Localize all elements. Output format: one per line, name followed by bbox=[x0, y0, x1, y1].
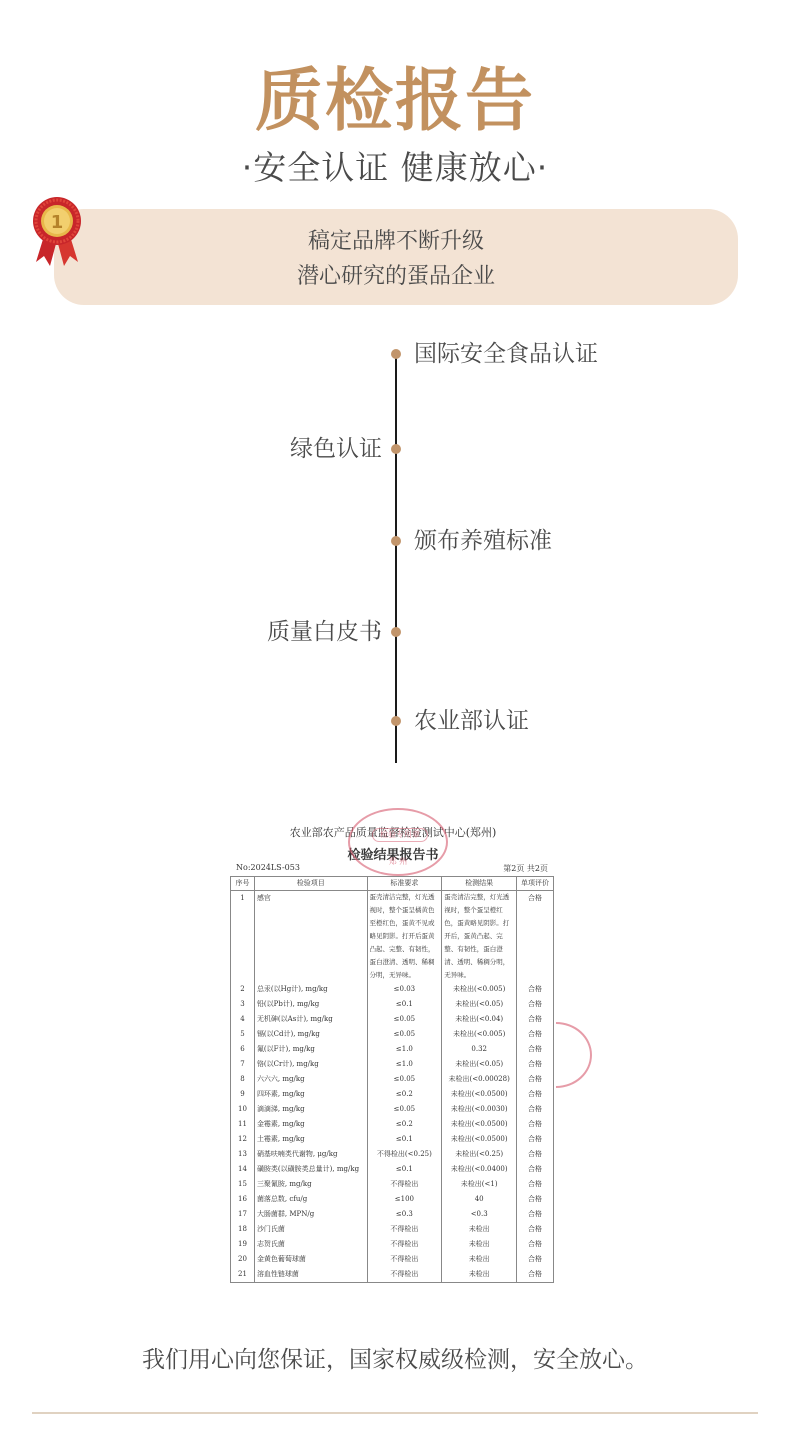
table-row: 16菌落总数, cfu/g≤10040合格 bbox=[231, 1192, 554, 1207]
col-header-eval: 单项评价 bbox=[517, 877, 554, 891]
official-stamp: 检验专用章 郑 州 bbox=[348, 808, 448, 876]
table-row: 12土霉素, mg/kg≤0.1未检出(<0.0500)合格 bbox=[231, 1132, 554, 1147]
cell-item: 金霉素, mg/kg bbox=[254, 1117, 367, 1132]
timeline-item-quality-whitepaper: 质量白皮书 bbox=[267, 617, 382, 647]
cell-item: 氟(以F计), mg/kg bbox=[254, 1042, 367, 1057]
cell-no: 11 bbox=[231, 1117, 255, 1132]
cell-eval: 合格 bbox=[517, 891, 554, 983]
cell-no: 20 bbox=[231, 1252, 255, 1267]
report-table: 序号 检验项目 标准要求 检测结果 单项评价 1感官蛋壳清洁完整，灯光透视时，整… bbox=[230, 876, 554, 1283]
table-row: 17大肠菌群, MPN/g≤0.3<0.3合格 bbox=[231, 1207, 554, 1222]
stamp-text: 检验专用章 bbox=[372, 828, 428, 842]
cell-no: 1 bbox=[231, 891, 255, 983]
cell-result: <0.3 bbox=[442, 1207, 517, 1222]
cell-no: 9 bbox=[231, 1087, 255, 1102]
cell-result: 未检出(<0.0500) bbox=[442, 1117, 517, 1132]
cell-standard: 不得检出 bbox=[367, 1252, 442, 1267]
cell-standard: ≤1.0 bbox=[367, 1042, 442, 1057]
cell-eval: 合格 bbox=[517, 997, 554, 1012]
cell-result: 未检出(<0.0030) bbox=[442, 1102, 517, 1117]
cell-result: 未检出(<0.0500) bbox=[442, 1087, 517, 1102]
cell-item: 滴滴涕, mg/kg bbox=[254, 1102, 367, 1117]
cell-no: 7 bbox=[231, 1057, 255, 1072]
table-row: 5镉(以Cd计), mg/kg≤0.05未检出(<0.005)合格 bbox=[231, 1027, 554, 1042]
cell-item: 金黄色葡萄球菌 bbox=[254, 1252, 367, 1267]
timeline-item-international-food-safety: 国际安全食品认证 bbox=[414, 339, 598, 369]
medal-icon: 1 bbox=[30, 196, 84, 270]
table-header-row: 序号 检验项目 标准要求 检测结果 单项评价 bbox=[231, 877, 554, 891]
cell-no: 6 bbox=[231, 1042, 255, 1057]
cell-no: 5 bbox=[231, 1027, 255, 1042]
cell-item: 无机砷(以As计), mg/kg bbox=[254, 1012, 367, 1027]
cell-eval: 合格 bbox=[517, 1117, 554, 1132]
footer-divider bbox=[32, 1412, 758, 1414]
cell-standard: 不得检出 bbox=[367, 1177, 442, 1192]
timeline-axis bbox=[395, 355, 397, 763]
report-page: 第2页 共2页 bbox=[503, 863, 548, 874]
page-title: 质检报告 bbox=[0, 62, 790, 142]
report-table-body: 1感官蛋壳清洁完整，灯光透视时，整个蛋呈橘黄色至橙红色，蛋黄不见或略见阴影。打开… bbox=[231, 891, 554, 1283]
cell-eval: 合格 bbox=[517, 1132, 554, 1147]
cell-result: 未检出(<0.04) bbox=[442, 1012, 517, 1027]
cell-eval: 合格 bbox=[517, 1162, 554, 1177]
table-row: 9四环素, mg/kg≤0.2未检出(<0.0500)合格 bbox=[231, 1087, 554, 1102]
cell-item: 感官 bbox=[254, 891, 367, 983]
col-header-result: 检测结果 bbox=[442, 877, 517, 891]
cell-result: 未检出 bbox=[442, 1237, 517, 1252]
cell-no: 16 bbox=[231, 1192, 255, 1207]
cell-item: 总汞(以Hg计), mg/kg bbox=[254, 982, 367, 997]
cell-standard: 不得检出 bbox=[367, 1222, 442, 1237]
timeline-item-green-certification: 绿色认证 bbox=[290, 434, 382, 464]
closing-statement: 我们用心向您保证，国家权威级检测，安全放心。 bbox=[0, 1343, 790, 1377]
cell-eval: 合格 bbox=[517, 1237, 554, 1252]
col-header-no: 序号 bbox=[231, 877, 255, 891]
cell-standard: ≤0.05 bbox=[367, 1012, 442, 1027]
cell-eval: 合格 bbox=[517, 1177, 554, 1192]
cell-result: 40 bbox=[442, 1192, 517, 1207]
cell-item: 志贺氏菌 bbox=[254, 1237, 367, 1252]
table-row: 4无机砷(以As计), mg/kg≤0.05未检出(<0.04)合格 bbox=[231, 1012, 554, 1027]
table-row: 21溶血性链球菌不得检出未检出合格 bbox=[231, 1267, 554, 1283]
col-header-item: 检验项目 bbox=[254, 877, 367, 891]
cell-standard: ≤0.03 bbox=[367, 982, 442, 997]
timeline-dot bbox=[391, 627, 401, 637]
cell-standard: ≤0.05 bbox=[367, 1027, 442, 1042]
cell-no: 4 bbox=[231, 1012, 255, 1027]
cell-item: 沙门氏菌 bbox=[254, 1222, 367, 1237]
inspection-report-image: 农业部农产品质量监督检验测试中心(郑州) 检验结果报告书 No:2024LS-0… bbox=[228, 818, 558, 1278]
cell-eval: 合格 bbox=[517, 1147, 554, 1162]
cell-standard: 不得检出(<0.25) bbox=[367, 1147, 442, 1162]
cell-eval: 合格 bbox=[517, 1222, 554, 1237]
cell-standard: ≤100 bbox=[367, 1192, 442, 1207]
cell-eval: 合格 bbox=[517, 1252, 554, 1267]
cell-item: 铅(以Pb计), mg/kg bbox=[254, 997, 367, 1012]
cell-no: 15 bbox=[231, 1177, 255, 1192]
table-row: 2总汞(以Hg计), mg/kg≤0.03未检出(<0.005)合格 bbox=[231, 982, 554, 997]
cell-eval: 合格 bbox=[517, 1192, 554, 1207]
cell-no: 13 bbox=[231, 1147, 255, 1162]
table-row: 19志贺氏菌不得检出未检出合格 bbox=[231, 1237, 554, 1252]
cell-standard: ≤0.2 bbox=[367, 1117, 442, 1132]
cell-eval: 合格 bbox=[517, 1072, 554, 1087]
table-row: 15三聚氰胺, mg/kg不得检出未检出(<1)合格 bbox=[231, 1177, 554, 1192]
brand-banner: 稿定品牌不断升级 潜心研究的蛋品企业 bbox=[54, 209, 738, 305]
cell-result: 未检出(<0.005) bbox=[442, 1027, 517, 1042]
cell-item: 三聚氰胺, mg/kg bbox=[254, 1177, 367, 1192]
timeline-dot bbox=[391, 444, 401, 454]
timeline-dot bbox=[391, 716, 401, 726]
cell-result: 未检出(<0.0400) bbox=[442, 1162, 517, 1177]
timeline-item-ministry-certification: 农业部认证 bbox=[414, 706, 529, 736]
page-subtitle: ·安全认证 健康放心· bbox=[0, 146, 790, 190]
cell-standard: ≤0.1 bbox=[367, 1132, 442, 1147]
cell-item: 六六六, mg/kg bbox=[254, 1072, 367, 1087]
cell-standard: 蛋壳清洁完整，灯光透视时，整个蛋呈橘黄色至橙红色，蛋黄不见或略见阴影。打开后蛋黄… bbox=[367, 891, 442, 983]
cell-no: 14 bbox=[231, 1162, 255, 1177]
cell-result: 未检出(<0.0500) bbox=[442, 1132, 517, 1147]
cell-result: 未检出(<1) bbox=[442, 1177, 517, 1192]
cell-result: 未检出(<0.00028) bbox=[442, 1072, 517, 1087]
cell-result: 未检出 bbox=[442, 1267, 517, 1283]
cell-eval: 合格 bbox=[517, 1267, 554, 1283]
cell-standard: ≤0.05 bbox=[367, 1102, 442, 1117]
table-row: 13硝基呋喃类代谢物, μg/kg不得检出(<0.25)未检出(<0.25)合格 bbox=[231, 1147, 554, 1162]
cell-result: 未检出(<0.05) bbox=[442, 1057, 517, 1072]
cell-standard: ≤0.3 bbox=[367, 1207, 442, 1222]
cell-standard: ≤0.1 bbox=[367, 997, 442, 1012]
cell-item: 磺胺类(以磺胺类总量计), mg/kg bbox=[254, 1162, 367, 1177]
cell-item: 溶血性链球菌 bbox=[254, 1267, 367, 1283]
cell-result: 未检出(<0.05) bbox=[442, 997, 517, 1012]
cell-standard: ≤1.0 bbox=[367, 1057, 442, 1072]
cell-item: 铬(以Cr计), mg/kg bbox=[254, 1057, 367, 1072]
cell-result: 蛋壳清洁完整，灯光透视时，整个蛋呈橙红色，蛋黄略见阴影。打开后，蛋黄凸起、完整、… bbox=[442, 891, 517, 983]
table-row: 7铬(以Cr计), mg/kg≤1.0未检出(<0.05)合格 bbox=[231, 1057, 554, 1072]
table-row: 10滴滴涕, mg/kg≤0.05未检出(<0.0030)合格 bbox=[231, 1102, 554, 1117]
cell-result: 0.32 bbox=[442, 1042, 517, 1057]
cell-item: 菌落总数, cfu/g bbox=[254, 1192, 367, 1207]
cell-no: 8 bbox=[231, 1072, 255, 1087]
table-row: 20金黄色葡萄球菌不得检出未检出合格 bbox=[231, 1252, 554, 1267]
cell-no: 18 bbox=[231, 1222, 255, 1237]
cell-standard: ≤0.05 bbox=[367, 1072, 442, 1087]
table-row: 8六六六, mg/kg≤0.05未检出(<0.00028)合格 bbox=[231, 1072, 554, 1087]
cell-eval: 合格 bbox=[517, 1012, 554, 1027]
cell-eval: 合格 bbox=[517, 1207, 554, 1222]
cell-result: 未检出 bbox=[442, 1222, 517, 1237]
table-row: 1感官蛋壳清洁完整，灯光透视时，整个蛋呈橘黄色至橙红色，蛋黄不见或略见阴影。打开… bbox=[231, 891, 554, 983]
table-row: 14磺胺类(以磺胺类总量计), mg/kg≤0.1未检出(<0.0400)合格 bbox=[231, 1162, 554, 1177]
cell-no: 21 bbox=[231, 1267, 255, 1283]
table-row: 11金霉素, mg/kg≤0.2未检出(<0.0500)合格 bbox=[231, 1117, 554, 1132]
cell-eval: 合格 bbox=[517, 1042, 554, 1057]
cell-result: 未检出(<0.005) bbox=[442, 982, 517, 997]
cell-result: 未检出(<0.25) bbox=[442, 1147, 517, 1162]
cell-item: 硝基呋喃类代谢物, μg/kg bbox=[254, 1147, 367, 1162]
cell-no: 3 bbox=[231, 997, 255, 1012]
cell-standard: ≤0.1 bbox=[367, 1162, 442, 1177]
cell-standard: 不得检出 bbox=[367, 1237, 442, 1252]
stamp-city: 郑 州 bbox=[350, 856, 446, 867]
timeline-item-breeding-standard: 颁布养殖标准 bbox=[414, 526, 552, 556]
cell-no: 10 bbox=[231, 1102, 255, 1117]
svg-text:1: 1 bbox=[51, 212, 64, 233]
banner-line-1: 稿定品牌不断升级 bbox=[54, 227, 738, 257]
report-number: No:2024LS-053 bbox=[236, 863, 300, 872]
cell-eval: 合格 bbox=[517, 1027, 554, 1042]
col-header-standard: 标准要求 bbox=[367, 877, 442, 891]
cell-standard: ≤0.2 bbox=[367, 1087, 442, 1102]
timeline-dot bbox=[391, 536, 401, 546]
cell-standard: 不得检出 bbox=[367, 1267, 442, 1283]
cell-no: 12 bbox=[231, 1132, 255, 1147]
cell-no: 17 bbox=[231, 1207, 255, 1222]
table-row: 18沙门氏菌不得检出未检出合格 bbox=[231, 1222, 554, 1237]
cell-item: 土霉素, mg/kg bbox=[254, 1132, 367, 1147]
cell-no: 19 bbox=[231, 1237, 255, 1252]
cell-eval: 合格 bbox=[517, 1102, 554, 1117]
timeline-dot bbox=[391, 349, 401, 359]
cell-eval: 合格 bbox=[517, 982, 554, 997]
table-row: 3铅(以Pb计), mg/kg≤0.1未检出(<0.05)合格 bbox=[231, 997, 554, 1012]
cell-item: 大肠菌群, MPN/g bbox=[254, 1207, 367, 1222]
cell-eval: 合格 bbox=[517, 1057, 554, 1072]
banner-line-2: 潜心研究的蛋品企业 bbox=[54, 262, 738, 292]
cell-item: 镉(以Cd计), mg/kg bbox=[254, 1027, 367, 1042]
table-row: 6氟(以F计), mg/kg≤1.00.32合格 bbox=[231, 1042, 554, 1057]
cell-item: 四环素, mg/kg bbox=[254, 1087, 367, 1102]
cell-eval: 合格 bbox=[517, 1087, 554, 1102]
cell-no: 2 bbox=[231, 982, 255, 997]
cell-result: 未检出 bbox=[442, 1252, 517, 1267]
